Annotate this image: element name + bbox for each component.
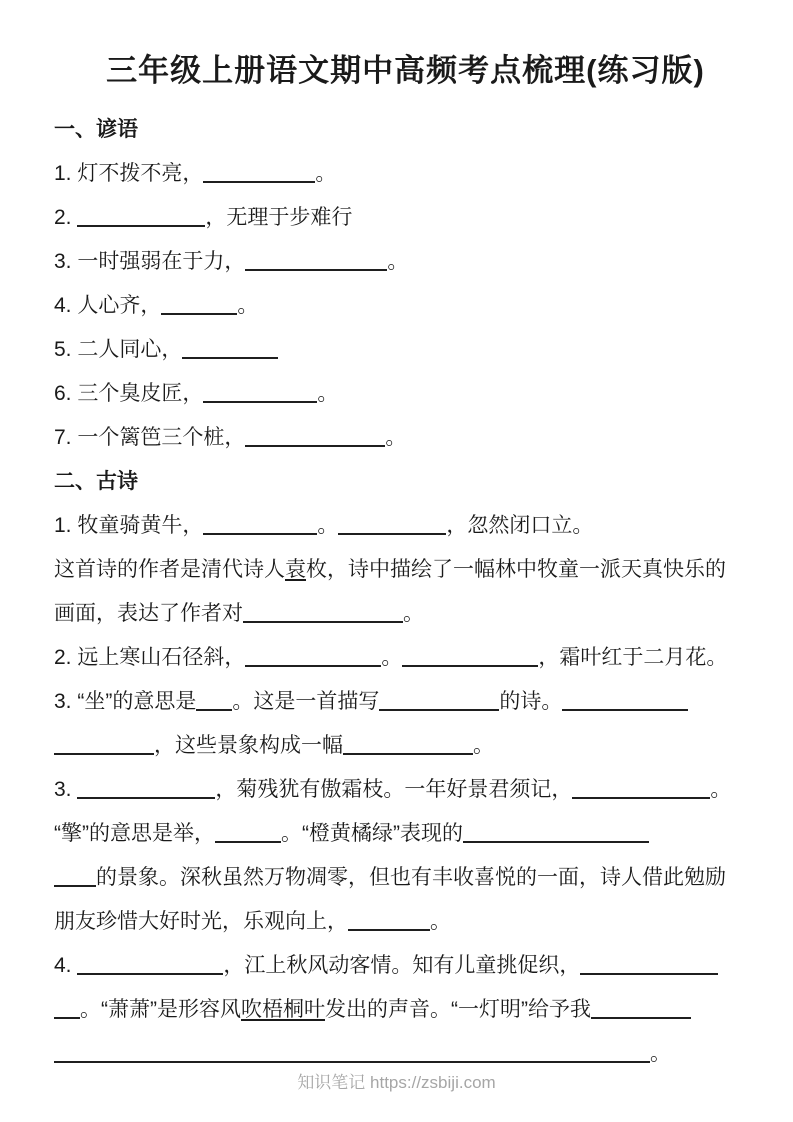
fill-in-blank: [54, 739, 154, 755]
worksheet-line: 1. 牧童骑黄牛，。，忽然闭口立。: [54, 504, 757, 548]
fill-in-blank: [54, 1003, 80, 1019]
line-text: 。: [237, 294, 258, 317]
worksheet-page: 三年级上册语文期中高频考点梳理(练习版) 一、谚语1. 灯不拨不亮，。2. ，无…: [0, 0, 793, 1122]
fill-in-blank: [182, 343, 278, 359]
worksheet-line: 朋友珍惜大好时光，乐观向上，。: [54, 900, 757, 944]
fill-in-blank: [562, 695, 688, 711]
line-text: 。: [387, 250, 408, 273]
line-text: 发出的声音。“一灯明”给予我: [325, 998, 591, 1021]
line-text: 。“橙黄橘绿”表现的: [281, 822, 463, 845]
worksheet-line: 4. 人心齐，。: [54, 284, 757, 328]
line-text: 。这是一首描写: [232, 690, 379, 713]
fill-in-blank: [379, 695, 499, 711]
line-text: 1. 牧童骑黄牛，: [54, 514, 203, 537]
line-text: ，霜叶红于二月花。: [538, 646, 727, 669]
worksheet-line: 3. ，菊残犹有傲霜枝。一年好景君须记，。: [54, 768, 757, 812]
fill-in-blank: [161, 299, 237, 315]
line-text: 3. “坐”的意思是: [54, 690, 196, 713]
line-text: 。: [650, 1042, 671, 1065]
fill-in-blank: [54, 1047, 650, 1063]
line-text: 2. 远上寒山石径斜，: [54, 646, 245, 669]
worksheet-line: 3. 一时强弱在于力，。: [54, 240, 757, 284]
line-text: 。: [473, 734, 494, 757]
fill-in-blank: [348, 915, 430, 931]
line-text: 3. 一时强弱在于力，: [54, 250, 245, 273]
worksheet-line: 。: [54, 1032, 757, 1076]
worksheet-line: 画面，表达了作者对。: [54, 592, 757, 636]
line-text: 画面，表达了作者对: [54, 602, 243, 625]
worksheet-line: 1. 灯不拨不亮，。: [54, 152, 757, 196]
worksheet-line: 2. ，无理于步难行: [54, 196, 757, 240]
fill-in-blank: [196, 695, 232, 711]
worksheet-line: 2. 远上寒山石径斜，。，霜叶红于二月花。: [54, 636, 757, 680]
line-text: ，菊残犹有傲霜枝。一年好景君须记，: [215, 778, 572, 801]
worksheet-body: 一、谚语1. 灯不拨不亮，。2. ，无理于步难行3. 一时强弱在于力，。4. 人…: [54, 108, 757, 1076]
line-text: 。: [710, 778, 731, 801]
worksheet-line: 4. ，江上秋风动客情。知有儿童挑促织，: [54, 944, 757, 988]
fill-in-blank: [580, 959, 718, 975]
document-title: 三年级上册语文期中高频考点梳理(练习版): [54, 48, 757, 94]
line-text: 7. 一个篱笆三个桩，: [54, 426, 245, 449]
line-text: 4. 人心齐，: [54, 294, 161, 317]
fill-in-blank: [54, 871, 96, 887]
line-text: 2.: [54, 206, 77, 229]
line-text: 。: [403, 602, 424, 625]
line-text: 。: [315, 162, 336, 185]
underlined-text: 袁: [285, 558, 306, 581]
fill-in-blank: [77, 959, 223, 975]
section-heading: 一、谚语: [54, 108, 757, 152]
worksheet-line: 6. 三个臭皮匠，。: [54, 372, 757, 416]
worksheet-line: “擎”的意思是举，。“橙黄橘绿”表现的: [54, 812, 757, 856]
worksheet-line: 7. 一个篱笆三个桩，。: [54, 416, 757, 460]
line-text: ，这些景象构成一幅: [154, 734, 343, 757]
fill-in-blank: [463, 827, 649, 843]
line-text: ，忽然闭口立。: [446, 514, 593, 537]
fill-in-blank: [591, 1003, 691, 1019]
line-text: 朋友珍惜大好时光，乐观向上，: [54, 910, 348, 933]
fill-in-blank: [77, 211, 205, 227]
fill-in-blank: [338, 519, 446, 535]
line-text: 。: [317, 382, 338, 405]
fill-in-blank: [203, 519, 317, 535]
fill-in-blank: [203, 387, 317, 403]
fill-in-blank: [343, 739, 473, 755]
line-text: 。: [381, 646, 402, 669]
section-heading: 二、古诗: [54, 460, 757, 504]
line-text: “擎”的意思是举，: [54, 822, 215, 845]
line-text: 1. 灯不拨不亮，: [54, 162, 203, 185]
fill-in-blank: [245, 431, 385, 447]
line-text: ，江上秋风动客情。知有儿童挑促织，: [223, 954, 580, 977]
line-text: 6. 三个臭皮匠，: [54, 382, 203, 405]
line-text: 这首诗的作者是清代诗人: [54, 558, 285, 581]
line-text: 。: [430, 910, 451, 933]
worksheet-line: 的景象。深秋虽然万物凋零，但也有丰收喜悦的一面，诗人借此勉励: [54, 856, 757, 900]
worksheet-line: ，这些景象构成一幅。: [54, 724, 757, 768]
worksheet-line: 5. 二人同心，: [54, 328, 757, 372]
line-text: 。: [317, 514, 338, 537]
fill-in-blank: [215, 827, 281, 843]
line-text: 枚，诗中描绘了一幅林中牧童一派天真快乐的: [306, 558, 726, 581]
line-text: 的景象。深秋虽然万物凋零，但也有丰收喜悦的一面，诗人借此勉励: [96, 866, 726, 889]
line-text: 。“萧萧”是形容风: [80, 998, 241, 1021]
fill-in-blank: [77, 783, 215, 799]
fill-in-blank: [203, 167, 315, 183]
line-text: 4.: [54, 954, 77, 977]
underlined-text: 吹梧桐叶: [241, 998, 325, 1021]
worksheet-line: 。“萧萧”是形容风吹梧桐叶发出的声音。“一灯明”给予我: [54, 988, 757, 1032]
line-text: ，无理于步难行: [205, 206, 352, 229]
line-text: 。: [385, 426, 406, 449]
fill-in-blank: [245, 255, 387, 271]
fill-in-blank: [245, 651, 381, 667]
worksheet-line: 3. “坐”的意思是。这是一首描写的诗。: [54, 680, 757, 724]
fill-in-blank: [572, 783, 710, 799]
line-text: 的诗。: [499, 690, 562, 713]
line-text: 5. 二人同心，: [54, 338, 182, 361]
fill-in-blank: [402, 651, 538, 667]
fill-in-blank: [243, 607, 403, 623]
worksheet-line: 这首诗的作者是清代诗人袁枚，诗中描绘了一幅林中牧童一派天真快乐的: [54, 548, 757, 592]
line-text: 3.: [54, 778, 77, 801]
